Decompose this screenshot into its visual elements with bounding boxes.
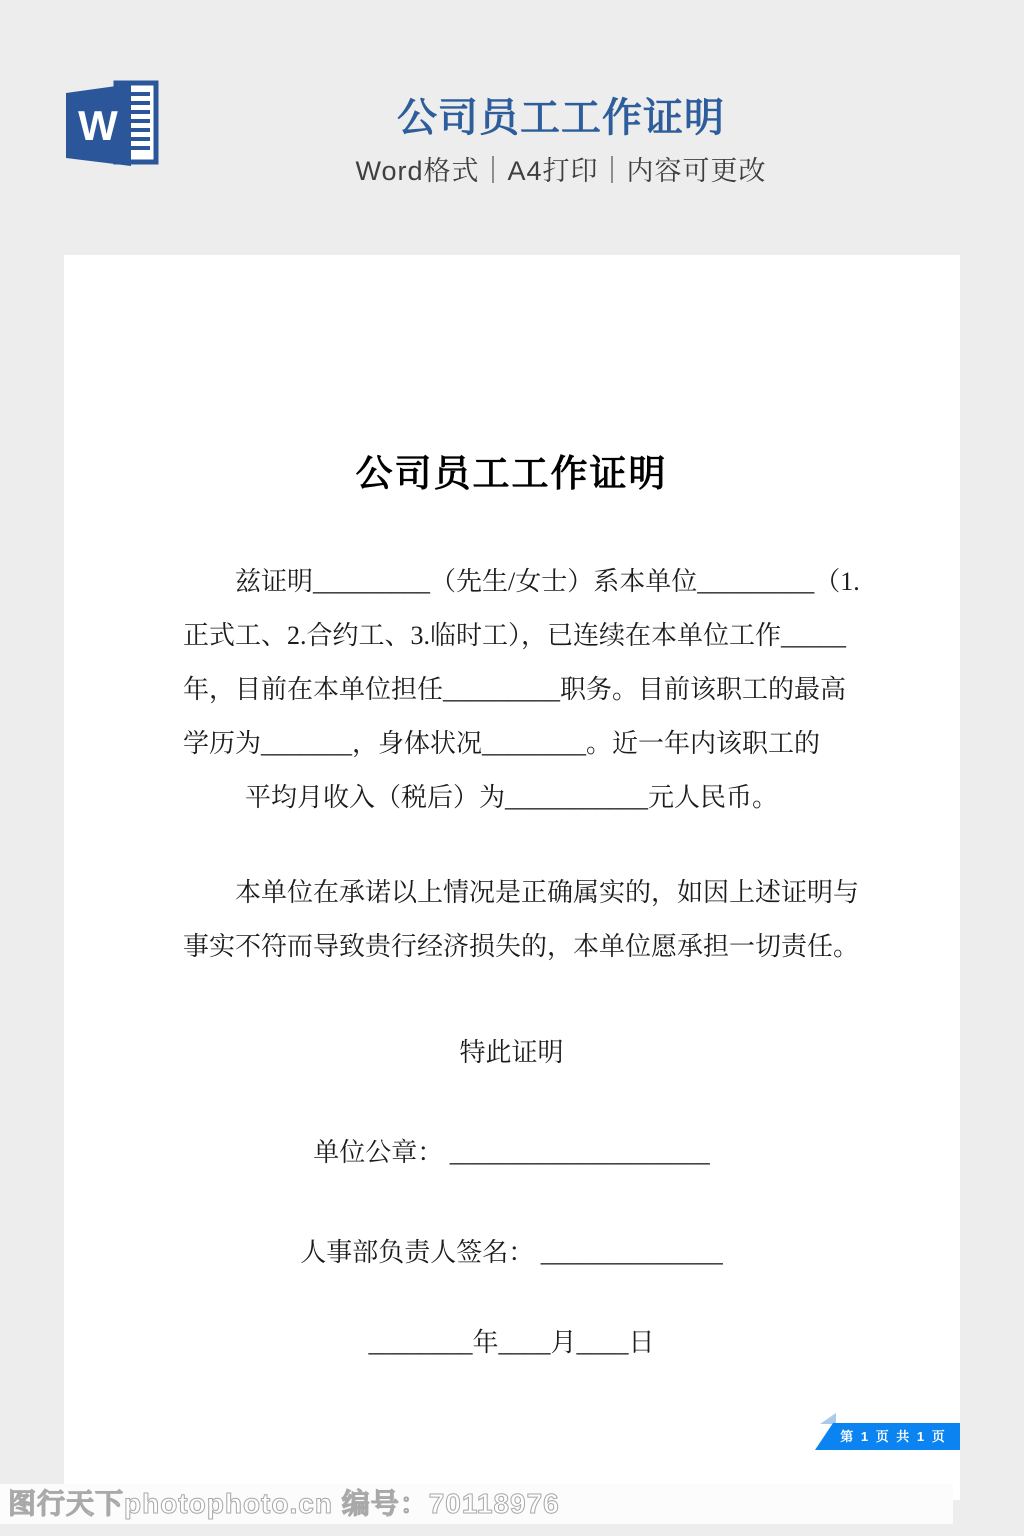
header: W 公司员工工作证明 Word格式｜A4打印｜内容可更改 (0, 0, 1024, 255)
hr-signature-line: 人事部负责人签名： ______________ (183, 1226, 840, 1280)
para1-line5: 平均月收入（税后）为___________元人民币。 (183, 771, 840, 825)
para1-line4: 学历为_______，身体状况________。近一年内该职工的 (183, 717, 840, 771)
para2-line2: 事实不符而导致贵行经济损失的，本单位愿承担一切责任。 (183, 920, 840, 974)
para1-line2: 正式工、2.合约工、3.临时工），已连续在本单位工作_____ (183, 609, 840, 663)
watermark-strip: 图行天下photophoto.cn 编号：70118976 (0, 1484, 953, 1524)
header-title: 公司员工工作证明 (98, 94, 1024, 142)
paragraph-certify: 兹证明_________（先生/女士）系本单位_________（1. 正式工、… (183, 555, 840, 825)
page-number-badge: 第 1 页 共 1 页 (815, 1423, 960, 1450)
watermark-text: 图行天下photophoto.cn 编号：70118976 (0, 1484, 953, 1524)
hereby-certify-line: 特此证明 (183, 1026, 840, 1080)
paragraph-liability: 本单位在承诺以上情况是正确属实的，如因上述证明与 事实不符而导致贵行经济损失的，… (183, 866, 840, 974)
para1-line3: 年，目前在本单位担任_________职务。目前该职工的最高 (183, 663, 840, 717)
para2-line1: 本单位在承诺以上情况是正确属实的，如因上述证明与 (183, 866, 840, 920)
header-subtitle: Word格式｜A4打印｜内容可更改 (98, 155, 1024, 187)
header-text: 公司员工工作证明 Word格式｜A4打印｜内容可更改 (0, 94, 1024, 187)
document-page: 公司员工工作证明 兹证明_________（先生/女士）系本单位________… (64, 255, 960, 1500)
company-seal-line: 单位公章： ____________________ (183, 1126, 840, 1180)
date-line: ________年____月____日 (183, 1316, 840, 1370)
para1-line1: 兹证明_________（先生/女士）系本单位_________（1. (183, 555, 840, 609)
document-title: 公司员工工作证明 (183, 452, 840, 496)
